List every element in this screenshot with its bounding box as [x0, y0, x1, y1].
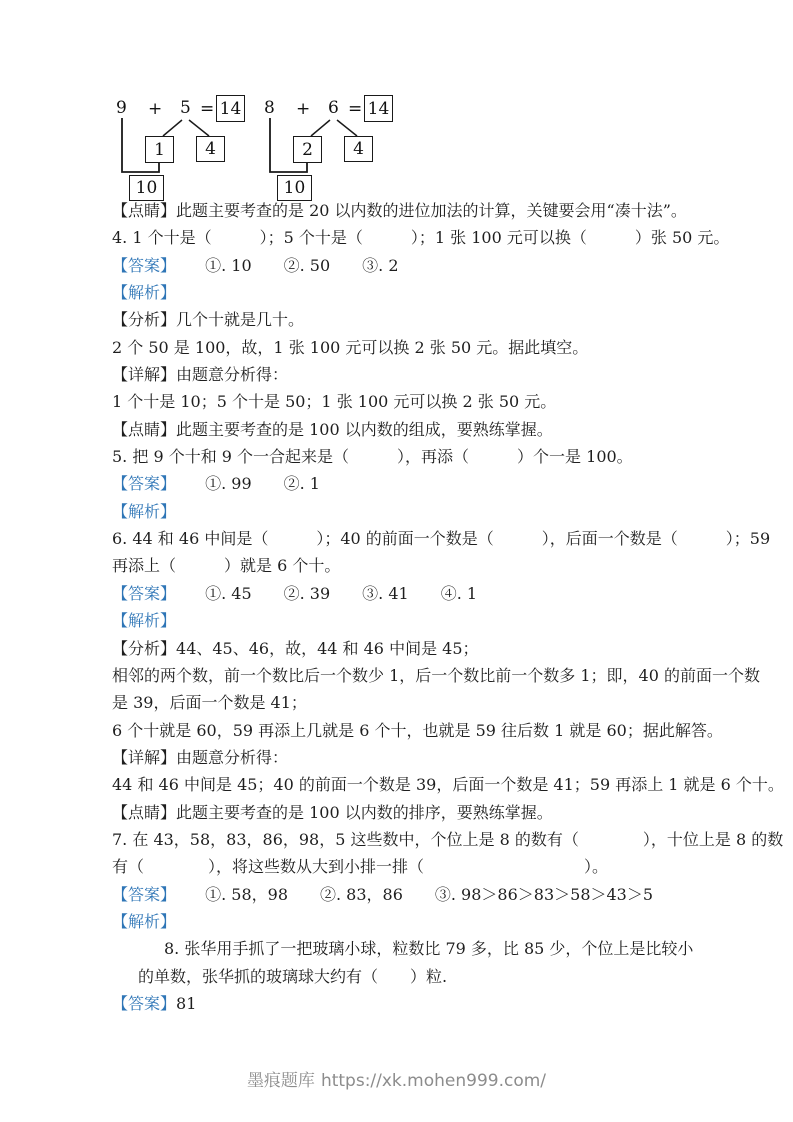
text-line: 再添上（ ）就是 6 个十。 — [112, 552, 702, 579]
part1-box: 2 — [293, 136, 322, 163]
line-text: ①. 58，98 ②. 83，86 ③. 98＞86＞83＞58＞43＞5 — [168, 885, 653, 904]
text-line: 6. 44 和 46 中间是（ ）；40 的前面一个数是（ ），后面一个数是（ … — [112, 525, 702, 552]
text-line: 【解析】 — [112, 607, 702, 634]
text-line: 【答案】81 — [112, 990, 702, 1017]
text-line: 8. 张华用手抓了一把玻璃小球，粒数比 79 多，比 85 少，个位上是比较小 — [112, 935, 702, 962]
section-label: 【答案】 — [112, 256, 168, 275]
text-line: 【答案】 ①. 99 ②. 1 — [112, 470, 702, 497]
section-label: 【解析】 — [112, 502, 176, 521]
text-line: 【详解】由题意分析得： — [112, 744, 702, 771]
text-line: 2 个 50 是 100，故，1 张 100 元可以换 2 张 50 元。据此填… — [112, 334, 702, 361]
text-line: 【点睛】此题主要考查的是 100 以内数的组成，要熟练掌握。 — [112, 416, 702, 443]
section-label: 【答案】 — [112, 994, 176, 1013]
decomp-group-2: 8 + 6 = 14 2 4 10 — [258, 93, 418, 211]
text-line: 【解析】 — [112, 908, 702, 935]
section-label: 【解析】 — [112, 283, 176, 302]
text-line: 44 和 46 中间是 45；40 的前面一个数是 39，后面一个数是 41；5… — [112, 771, 702, 798]
section-label: 【解析】 — [112, 912, 176, 931]
line-text: 6 个十就是 60，59 再添上几就是 6 个十，也就是 59 往后数 1 就是… — [112, 721, 723, 740]
line-text: 的单数，张华抓的玻璃球大约有（ ）粒. — [138, 967, 447, 986]
sum-box: 14 — [364, 95, 393, 122]
text-line: 【答案】 ①. 45 ②. 39 ③. 41 ④. 1 — [112, 580, 702, 607]
text-line: 5. 把 9 个十和 9 个一合起来是（ ），再添（ ）个一是 100。 — [112, 443, 702, 470]
document-body: 【点睛】此题主要考查的是 20 以内数的进位加法的计算，关键要会用“凑十法”。4… — [112, 197, 702, 1017]
site-url: https://xk.mohen999.com/ — [321, 1071, 546, 1091]
line-text: 8. 张华用手抓了一把玻璃小球，粒数比 79 多，比 85 少，个位上是比较小 — [164, 939, 693, 958]
section-label: 【详解】 — [112, 365, 176, 384]
sum-box: 14 — [216, 95, 245, 122]
line-text: 4. 1 个十是（ ）；5 个十是（ ）；1 张 100 元可以换（ ）张 50… — [112, 228, 729, 247]
line-text: 相邻的两个数，前一个数比后一个数少 1，后一个数比前一个数多 1；即，40 的前… — [112, 666, 760, 685]
line-text: 2 个 50 是 100，故，1 张 100 元可以换 2 张 50 元。据此填… — [112, 338, 588, 357]
line-text: 44 和 46 中间是 45；40 的前面一个数是 39，后面一个数是 41；5… — [112, 775, 784, 794]
part2-box: 4 — [344, 136, 373, 162]
line-text: 6. 44 和 46 中间是（ ）；40 的前面一个数是（ ），后面一个数是（ … — [112, 529, 770, 548]
text-line: 6 个十就是 60，59 再添上几就是 6 个十，也就是 59 往后数 1 就是… — [112, 717, 702, 744]
line-text: ①. 10 ②. 50 ③. 2 — [168, 256, 399, 275]
section-label: 【分析】 — [112, 639, 176, 658]
section-label: 【分析】 — [112, 310, 176, 329]
equals-sign: = — [348, 101, 362, 118]
part2-box: 4 — [196, 136, 225, 162]
text-line: 【答案】 ①. 58，98 ②. 83，86 ③. 98＞86＞83＞58＞43… — [112, 881, 702, 908]
line-text: 7. 在 43，58，83，86，98，5 这些数中，个位上是 8 的数有（ ）… — [112, 830, 783, 849]
text-line: 【解析】 — [112, 498, 702, 525]
section-label: 【答案】 — [112, 584, 168, 603]
section-label: 【答案】 — [112, 885, 168, 904]
addend1: 9 — [116, 100, 127, 117]
line-text: 此题主要考查的是 20 以内数的进位加法的计算，关键要会用“凑十法”。 — [176, 201, 687, 220]
equals-sign: = — [200, 101, 214, 118]
text-line: 【解析】 — [112, 279, 702, 306]
plus-sign: + — [148, 101, 162, 118]
line-text: 81 — [176, 994, 196, 1013]
text-line: 【分析】几个十就是几十。 — [112, 306, 702, 333]
text-line: 【点睛】此题主要考查的是 100 以内数的排序，要熟练掌握。 — [112, 799, 702, 826]
text-line: 4. 1 个十是（ ）；5 个十是（ ）；1 张 100 元可以换（ ）张 50… — [112, 224, 702, 251]
text-line: 7. 在 43，58，83，86，98，5 这些数中，个位上是 8 的数有（ ）… — [112, 826, 702, 853]
line-text: 此题主要考查的是 100 以内数的排序，要熟练掌握。 — [176, 803, 553, 822]
footer: 墨痕题库https://xk.mohen999.com/ — [0, 1066, 793, 1091]
line-text: 是 39，后面一个数是 41； — [112, 693, 307, 712]
section-label: 【点睛】 — [112, 420, 176, 439]
plus-sign: + — [296, 101, 310, 118]
addend2: 5 — [180, 100, 191, 117]
line-text: 44、45、46，故，44 和 46 中间是 45； — [176, 639, 479, 658]
text-line: 【点睛】此题主要考查的是 20 以内数的进位加法的计算，关键要会用“凑十法”。 — [112, 197, 702, 224]
section-label: 【点睛】 — [112, 201, 176, 220]
line-text: 由题意分析得： — [176, 748, 288, 767]
worksheet-page: 9 + 5 = 14 1 4 10 8 + 6 = 14 2 4 10 【点睛】… — [0, 0, 793, 1122]
line-text: 有（ ），将这些数从大到小排一排（ ）。 — [112, 857, 608, 876]
line-text: ①. 99 ②. 1 — [168, 474, 320, 493]
text-line: 1 个十是 10；5 个十是 50；1 张 100 元可以换 2 张 50 元。 — [112, 388, 702, 415]
section-label: 【解析】 — [112, 611, 176, 630]
decomposition-diagram: 9 + 5 = 14 1 4 10 8 + 6 = 14 2 4 10 — [0, 0, 793, 210]
line-text: ①. 45 ②. 39 ③. 41 ④. 1 — [168, 584, 477, 603]
section-label: 【答案】 — [112, 474, 168, 493]
text-line: 相邻的两个数，前一个数比后一个数少 1，后一个数比前一个数多 1；即，40 的前… — [112, 662, 702, 689]
text-line: 的单数，张华抓的玻璃球大约有（ ）粒. — [112, 963, 702, 990]
line-text: 再添上（ ）就是 6 个十。 — [112, 556, 340, 575]
addend1: 8 — [264, 100, 275, 117]
section-label: 【点睛】 — [112, 803, 176, 822]
part1-box: 1 — [145, 136, 174, 163]
addend2: 6 — [328, 100, 339, 117]
text-line: 【详解】由题意分析得： — [112, 361, 702, 388]
text-line: 【答案】 ①. 10 ②. 50 ③. 2 — [112, 252, 702, 279]
line-text: 由题意分析得： — [176, 365, 288, 384]
line-text: 1 个十是 10；5 个十是 50；1 张 100 元可以换 2 张 50 元。 — [112, 392, 556, 411]
text-line: 是 39，后面一个数是 41； — [112, 689, 702, 716]
site-name: 墨痕题库 — [247, 1071, 315, 1091]
line-text: 几个十就是几十。 — [176, 310, 304, 329]
section-label: 【详解】 — [112, 748, 176, 767]
line-text: 5. 把 9 个十和 9 个一合起来是（ ），再添（ ）个一是 100。 — [112, 447, 633, 466]
line-text: 此题主要考查的是 100 以内数的组成，要熟练掌握。 — [176, 420, 553, 439]
decomp-group-1: 9 + 5 = 14 1 4 10 — [110, 93, 270, 211]
text-line: 有（ ），将这些数从大到小排一排（ ）。 — [112, 853, 702, 880]
text-line: 【分析】44、45、46，故，44 和 46 中间是 45； — [112, 635, 702, 662]
